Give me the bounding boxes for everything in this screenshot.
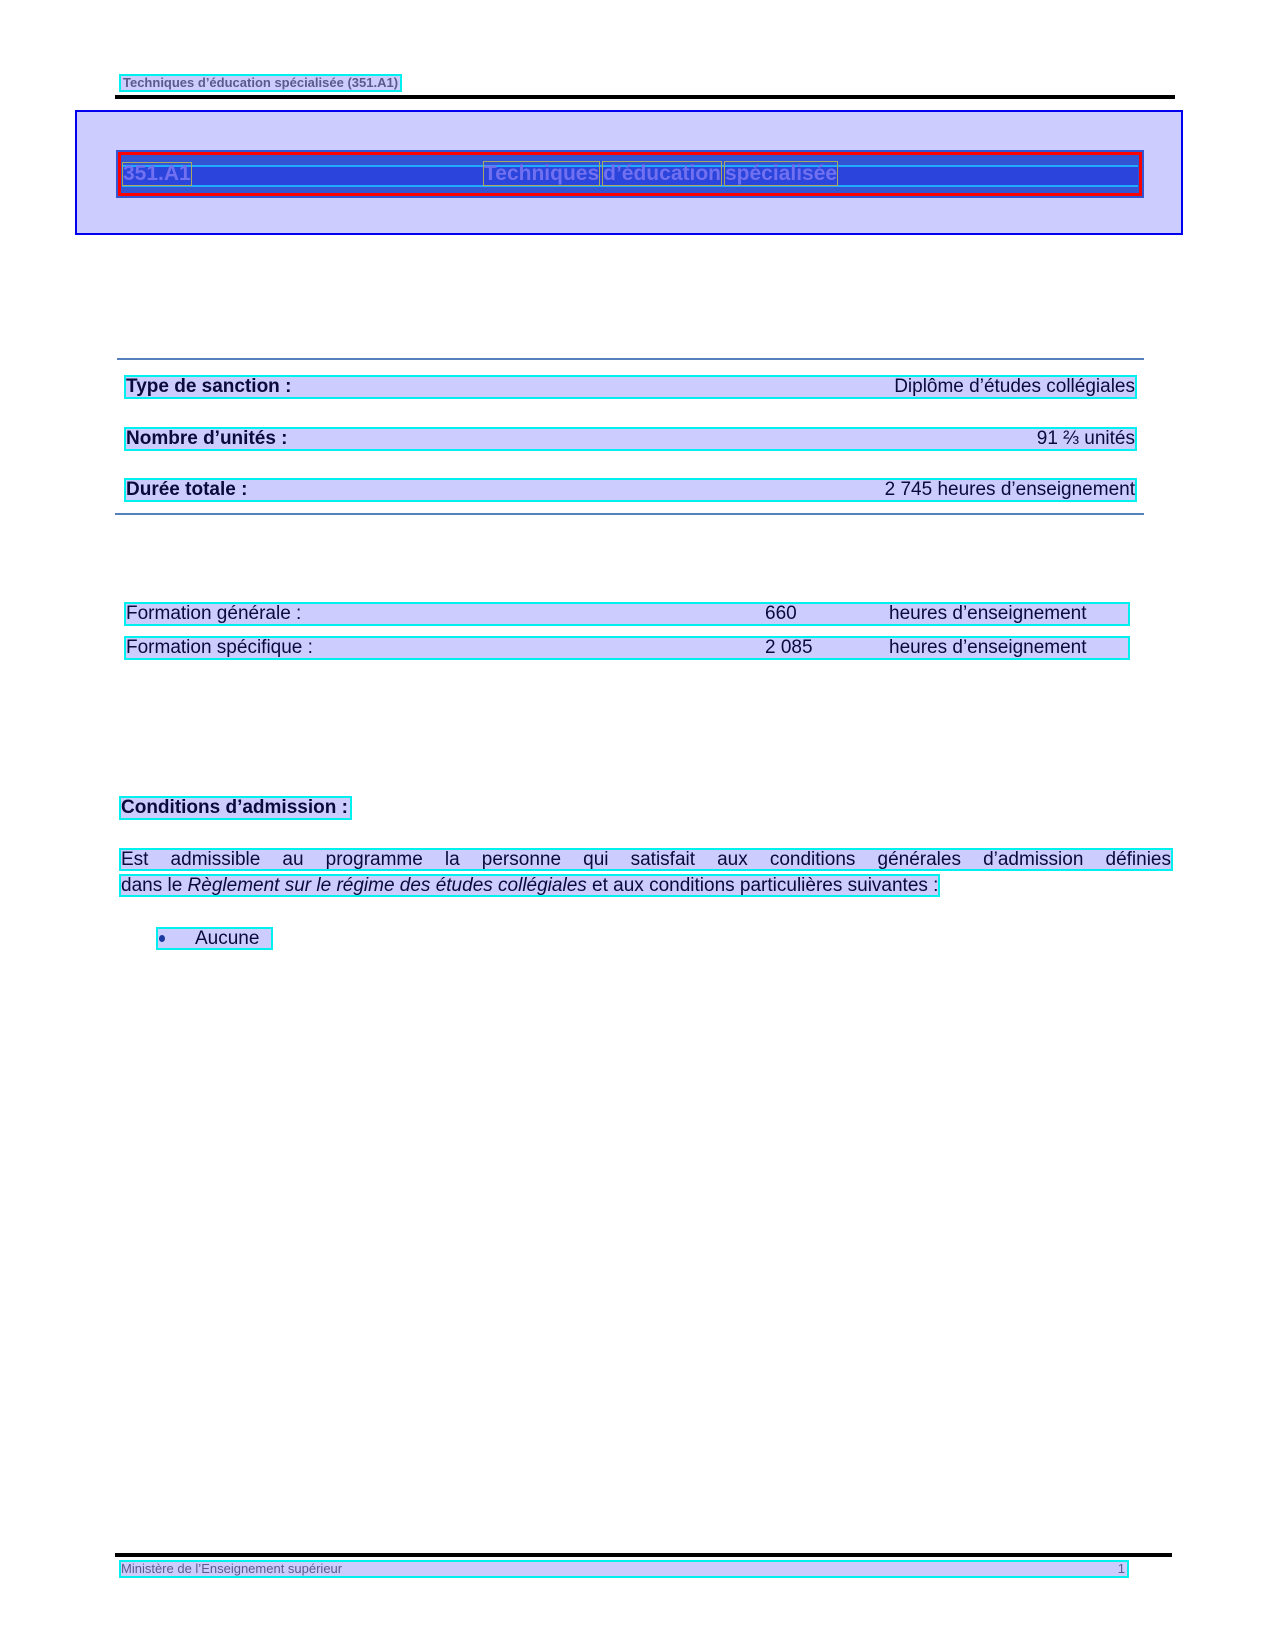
info-label: Durée totale : xyxy=(126,480,247,500)
program-name-word: d’éducation xyxy=(603,162,721,185)
regulation-title: Règlement sur le régime des études collé… xyxy=(188,875,587,896)
program-title-banner: 351.A1 Techniquesd’éducationspécialisée xyxy=(116,150,1144,198)
info-row-duration: Durée totale : 2 745 heures d’enseigneme… xyxy=(126,480,1135,500)
page-number: 1 xyxy=(1118,1562,1125,1576)
admission-heading: Conditions d’admission : xyxy=(121,798,350,818)
program-name-word: spécialisée xyxy=(725,162,837,185)
page-footer: Ministère de l’Enseignement supérieur 1 xyxy=(121,1562,1127,1576)
running-header-title: Techniques d’éducation spécialisée (351.… xyxy=(121,76,400,90)
info-value: 91 ⅔ unités xyxy=(1037,429,1135,449)
training-label: Formation générale : xyxy=(126,603,301,624)
program-name-word: Techniques xyxy=(484,162,599,185)
bullet-icon xyxy=(159,935,165,942)
info-row-sanction: Type de sanction : Diplôme d’études coll… xyxy=(126,377,1135,397)
info-label: Type de sanction : xyxy=(126,377,291,397)
footer-ministry: Ministère de l’Enseignement supérieur xyxy=(121,1561,342,1576)
info-value: Diplôme d’études collégiales xyxy=(894,377,1135,397)
header-rule xyxy=(115,95,1175,99)
admission-paragraph-line-2: dans le Règlement sur le régime des étud… xyxy=(121,876,938,895)
training-row-specific: Formation spécifique : 2 085 heures d’en… xyxy=(126,638,1128,658)
paragraph-text: dans le xyxy=(121,875,188,896)
info-value: 2 745 heures d’enseignement xyxy=(885,480,1135,500)
condition-text: Aucune xyxy=(195,929,259,948)
paragraph-text: et aux conditions particulières suivante… xyxy=(587,875,939,896)
info-bottom-rule xyxy=(115,513,1144,515)
info-top-rule xyxy=(117,358,1144,360)
admission-paragraph-line-1: Est admissible au programme la personne … xyxy=(121,850,1171,869)
training-row-general: Formation générale : 660 heures d’enseig… xyxy=(126,604,1128,624)
training-hours: 2 085 xyxy=(765,638,813,658)
training-hours: 660 xyxy=(765,604,797,624)
program-code: 351.A1 xyxy=(123,163,191,185)
training-label: Formation spécifique : xyxy=(126,637,313,658)
footer-rule xyxy=(115,1553,1172,1557)
training-unit: heures d’enseignement xyxy=(889,638,1087,658)
training-unit: heures d’enseignement xyxy=(889,604,1087,624)
program-name: Techniquesd’éducationspécialisée xyxy=(484,163,841,185)
info-label: Nombre d’unités : xyxy=(126,429,288,449)
condition-list-item: Aucune xyxy=(158,929,271,948)
info-row-units: Nombre d’unités : 91 ⅔ unités xyxy=(126,429,1135,449)
